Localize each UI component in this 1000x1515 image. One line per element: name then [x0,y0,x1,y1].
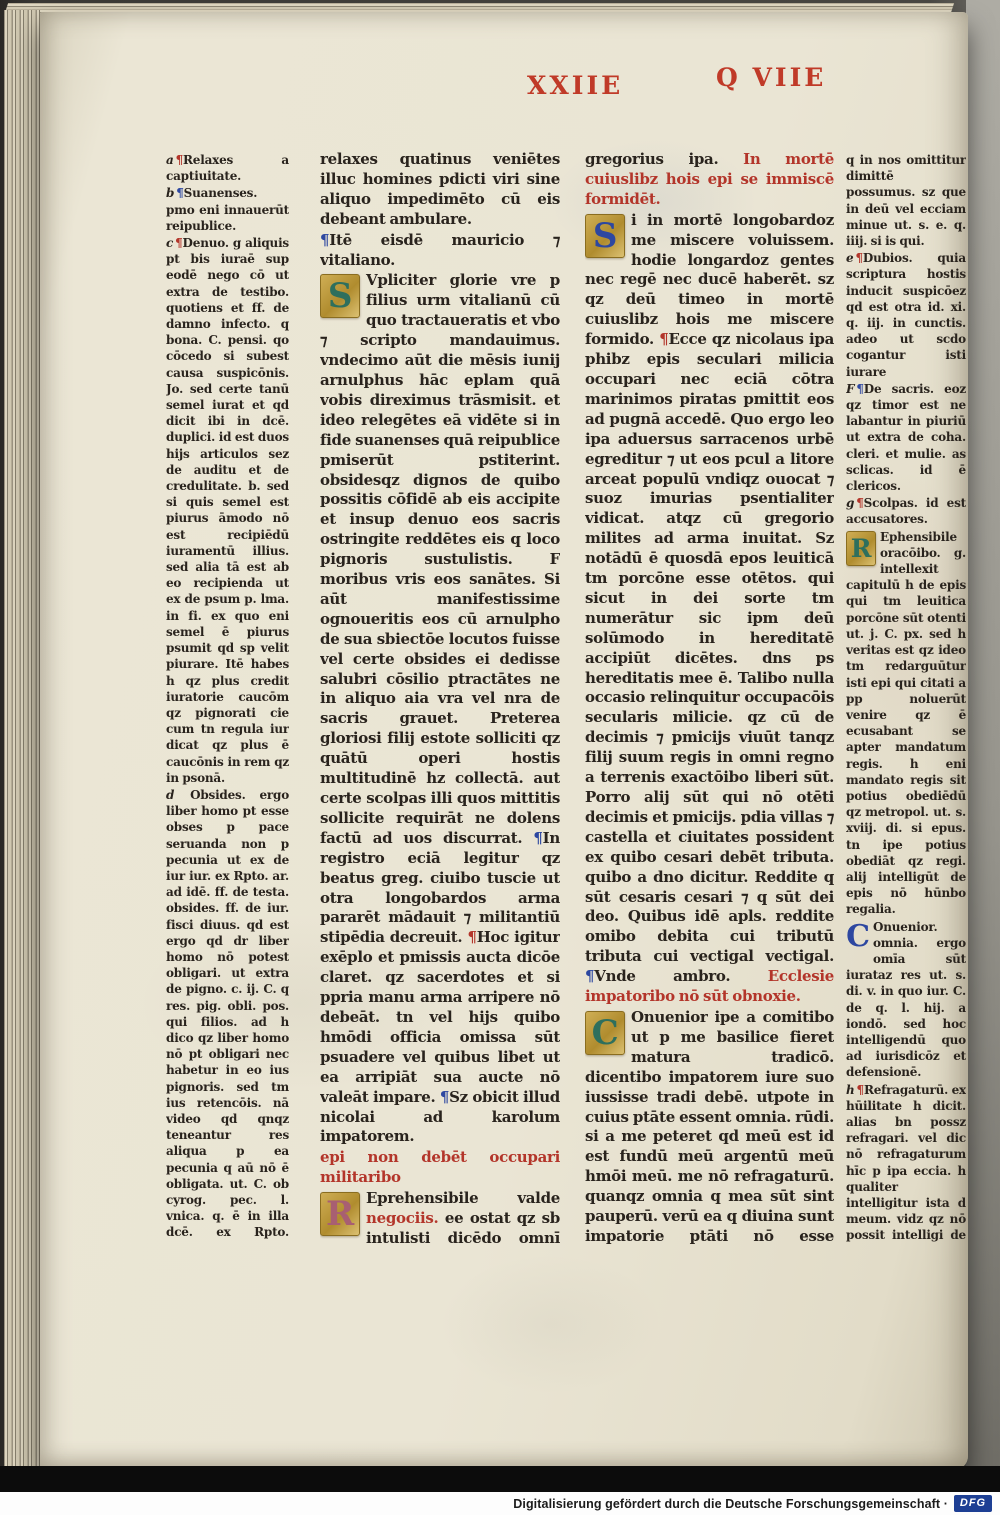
gloss-text: Refragaturū. ex hūilitate h dicit. alias… [846,1083,966,1242]
pilcrow-icon: ¶ [175,236,182,250]
gloss-text: Denuo. g aliquis pt bis iuraē sup eodē n… [166,236,289,785]
pilcrow-icon: ¶ [320,231,329,249]
dfg-logo: DFG [954,1495,992,1512]
body-text: Vnde ambro. [594,967,768,985]
pilcrow-icon: ¶ [533,829,542,847]
paragraph-si-in-morte: Si in mortē longobardoz me miscere volui… [585,211,834,1007]
pilcrow-icon: ¶ [585,967,594,985]
scanned-book-photo: XXIIE Q VIIE a¶Relaxes a captiuitate. b¶… [0,0,1000,1515]
pilcrow-icon: ¶ [855,251,862,265]
paragraph-supliciter: SVpliciter glorie vre p filius urm vital… [320,271,560,1147]
gloss-letter-c: c [166,236,173,250]
illuminated-initial-S: S [320,274,360,318]
scan-background-right [966,0,1000,1492]
paragraph-intro: relaxes quatinus veniētes illuc homines … [320,150,560,230]
gloss-letter-a: a [166,153,174,167]
rubric-heading: epi non debēt occupari militaribo [320,1148,560,1188]
gloss-entry-convenior: COnuenior. omnia. ergo omīa sūt iurataz … [846,919,966,1081]
gloss-text: Dubios. quia scriptura hostis inducit su… [846,251,966,378]
gloss-letter-e: e [846,251,853,265]
digitization-credit-text: Digitalisierung gefördert durch die Deut… [513,1497,948,1511]
heading-text: Itē eisdē mauricio ⁊ vitaliano. [320,231,560,269]
gloss-entry-b: b¶Suanenses. pmo eni innauerūt reipublic… [166,185,289,234]
illuminated-initial-R: R [320,1192,360,1236]
text-column-2: gregorius ipa. In mortē cuiuslibz hois e… [585,150,834,1244]
pilcrow-icon: ¶ [659,330,668,348]
gloss-entry-a: a¶Relaxes a captiuitate. [166,152,289,184]
illuminated-initial-S: S [585,214,625,258]
gloss-letter-b: b [166,186,174,200]
body-text: Vpliciter glorie vre p filius urm vitali… [320,271,560,846]
gloss-entry-c: c¶Denuo. g aliquis pt bis iuraē sup eodē… [166,235,289,786]
gloss-text: Ephensibile oracōibo. g. intellexit capi… [846,530,966,917]
gloss-letter-f: F [846,382,854,396]
gloss-letter-d: d [166,788,174,802]
illuminated-initial-R-small: R [846,531,876,566]
digitization-footer: Digitalisierung gefördert durch die Deut… [0,1492,1000,1515]
pilcrow-icon: ¶ [440,1088,449,1106]
pilcrow-icon: ¶ [176,186,183,200]
gloss-entry-e: e¶Dubios. quia scriptura hostis inducit … [846,250,966,380]
illuminated-initial-C: C [585,1011,625,1055]
body-text: Hoc igitur exēplo et pmissis aucta dicōe… [320,928,560,1105]
pilcrow-icon: ¶ [467,928,476,946]
rubric-inline: negociis. [366,1209,438,1227]
gloss-letter-h: h [846,1083,855,1097]
penwork-initial-C: C [846,920,870,954]
gloss-entry-reprehensibile: REphensibile oracōibo. g. intellexit cap… [846,529,966,918]
body-text: Ecce qz nicolaus ipa phibz epis seculari… [585,330,834,965]
body-text: Eprehensibile valde [366,1189,560,1207]
gloss-column-left: a¶Relaxes a captiuitate. b¶Suanenses. pm… [166,152,289,1242]
gloss-text: Scolpas. id est accusatores. [846,496,966,526]
gloss-continuation: q in nos omittitur dimittē possumus. sz … [846,152,966,249]
gloss-column-right: q in nos omittitur dimittē possumus. sz … [846,152,966,1242]
paragraph-reprehensibile: REprehensibile valde negociis. ee ostat … [320,1189,560,1244]
gloss-entry-f: F¶De sacris. eoz qz timor est ne labantu… [846,381,966,494]
pilcrow-icon: ¶ [856,382,863,396]
pilcrow-icon: ¶ [176,153,183,167]
gloss-text: Obsides. ergo liber homo pt esse obses p… [166,788,289,1242]
gloss-entry-g: g¶Scolpas. id est accusatores. [846,495,966,527]
gloss-text: Suanenses. pmo eni innauerūt reipublice. [166,186,289,232]
book-page: XXIIE Q VIIE a¶Relaxes a captiuitate. b¶… [40,12,968,1470]
section-heading: ¶Itē eisdē mauricio ⁊ vitaliano. [320,231,560,271]
running-head-quire-mark: Q VIIE [716,64,826,92]
body-text: gregorius ipa. [585,150,743,168]
gloss-entry-d: d Obsides. ergo liber homo pt esse obses… [166,787,289,1242]
gloss-text: Relaxes a captiuitate. [166,153,289,183]
running-head-chapter-number: XXIIE [527,72,623,100]
pilcrow-icon: ¶ [857,1083,864,1097]
text-column-1: relaxes quatinus veniētes illuc homines … [320,150,560,1244]
scan-bottom-black-band [0,1466,1000,1492]
paragraph-lead: gregorius ipa. In mortē cuiuslibz hois e… [585,150,834,210]
book-page-edges-left [4,10,40,1482]
gloss-text: De sacris. eoz qz timor est ne labantur … [846,382,966,493]
pilcrow-icon: ¶ [856,496,863,510]
paragraph-convenior: COnuenior ipe a comitibo ut p me basilic… [585,1008,834,1244]
gloss-entry-h: h¶Refragaturū. ex hūilitate h dicit. ali… [846,1082,966,1242]
gloss-letter-g: g [846,496,854,510]
